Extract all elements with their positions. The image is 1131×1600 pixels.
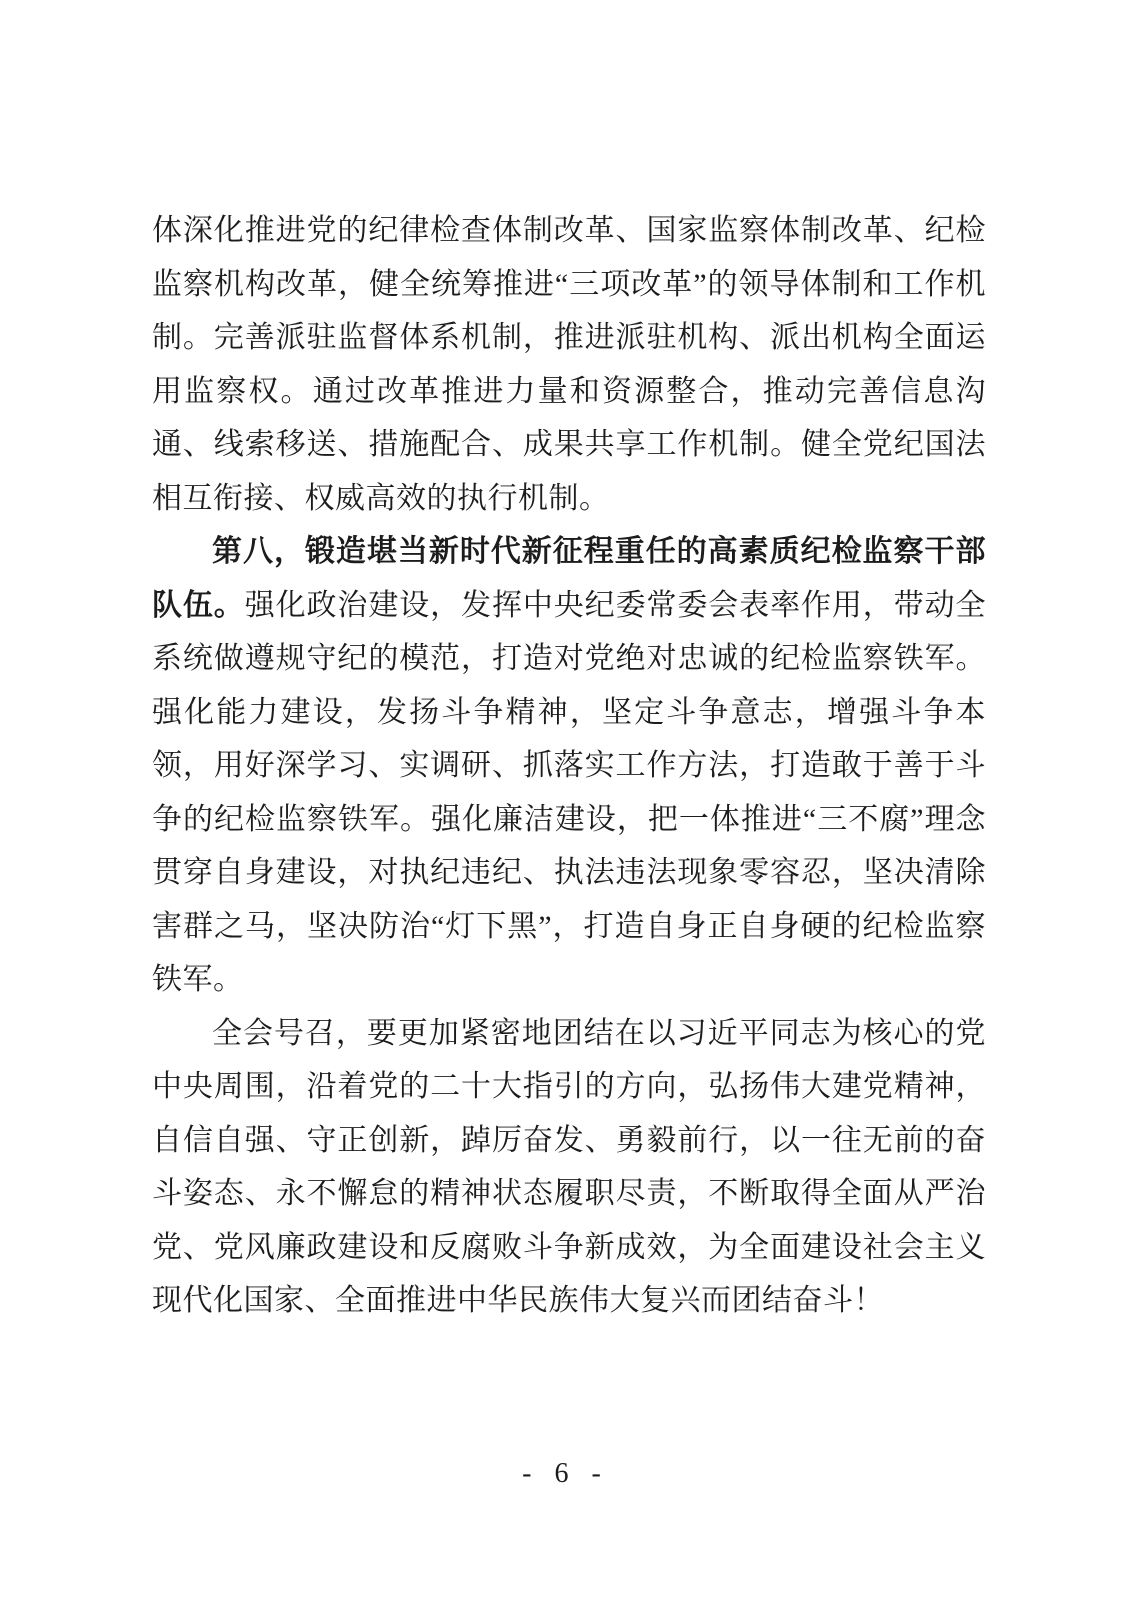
page-footer: - 6 - bbox=[0, 1458, 1131, 1490]
paragraph: 全会号召，要更加紧密地团结在以习近平同志为核心的党中央周围，沿着党的二十大指引的… bbox=[152, 1007, 986, 1328]
document-body: 体深化推进党的纪律检查体制改革、国家监察体制改革、纪检监察机构改革，健全统筹推进… bbox=[152, 204, 986, 1328]
paragraph: 体深化推进党的纪律检查体制改革、国家监察体制改革、纪检监察机构改革，健全统筹推进… bbox=[152, 204, 986, 525]
body-text-segment: 强化政治建设，发挥中央纪委常委会表率作用，带动全系统做遵规守纪的模范，打造对党绝… bbox=[152, 589, 986, 997]
page-number: - 6 - bbox=[522, 1458, 609, 1489]
body-text-segment: 全会号召，要更加紧密地团结在以习近平同志为核心的党中央周围，沿着党的二十大指引的… bbox=[152, 1017, 986, 1318]
paragraph: 第八，锻造堪当新时代新征程重任的高素质纪检监察干部队伍。强化政治建设，发挥中央纪… bbox=[152, 525, 986, 1007]
document-page: 体深化推进党的纪律检查体制改革、国家监察体制改革、纪检监察机构改革，健全统筹推进… bbox=[0, 0, 1131, 1600]
body-text-segment: 体深化推进党的纪律检查体制改革、国家监察体制改革、纪检监察机构改革，健全统筹推进… bbox=[152, 214, 986, 515]
